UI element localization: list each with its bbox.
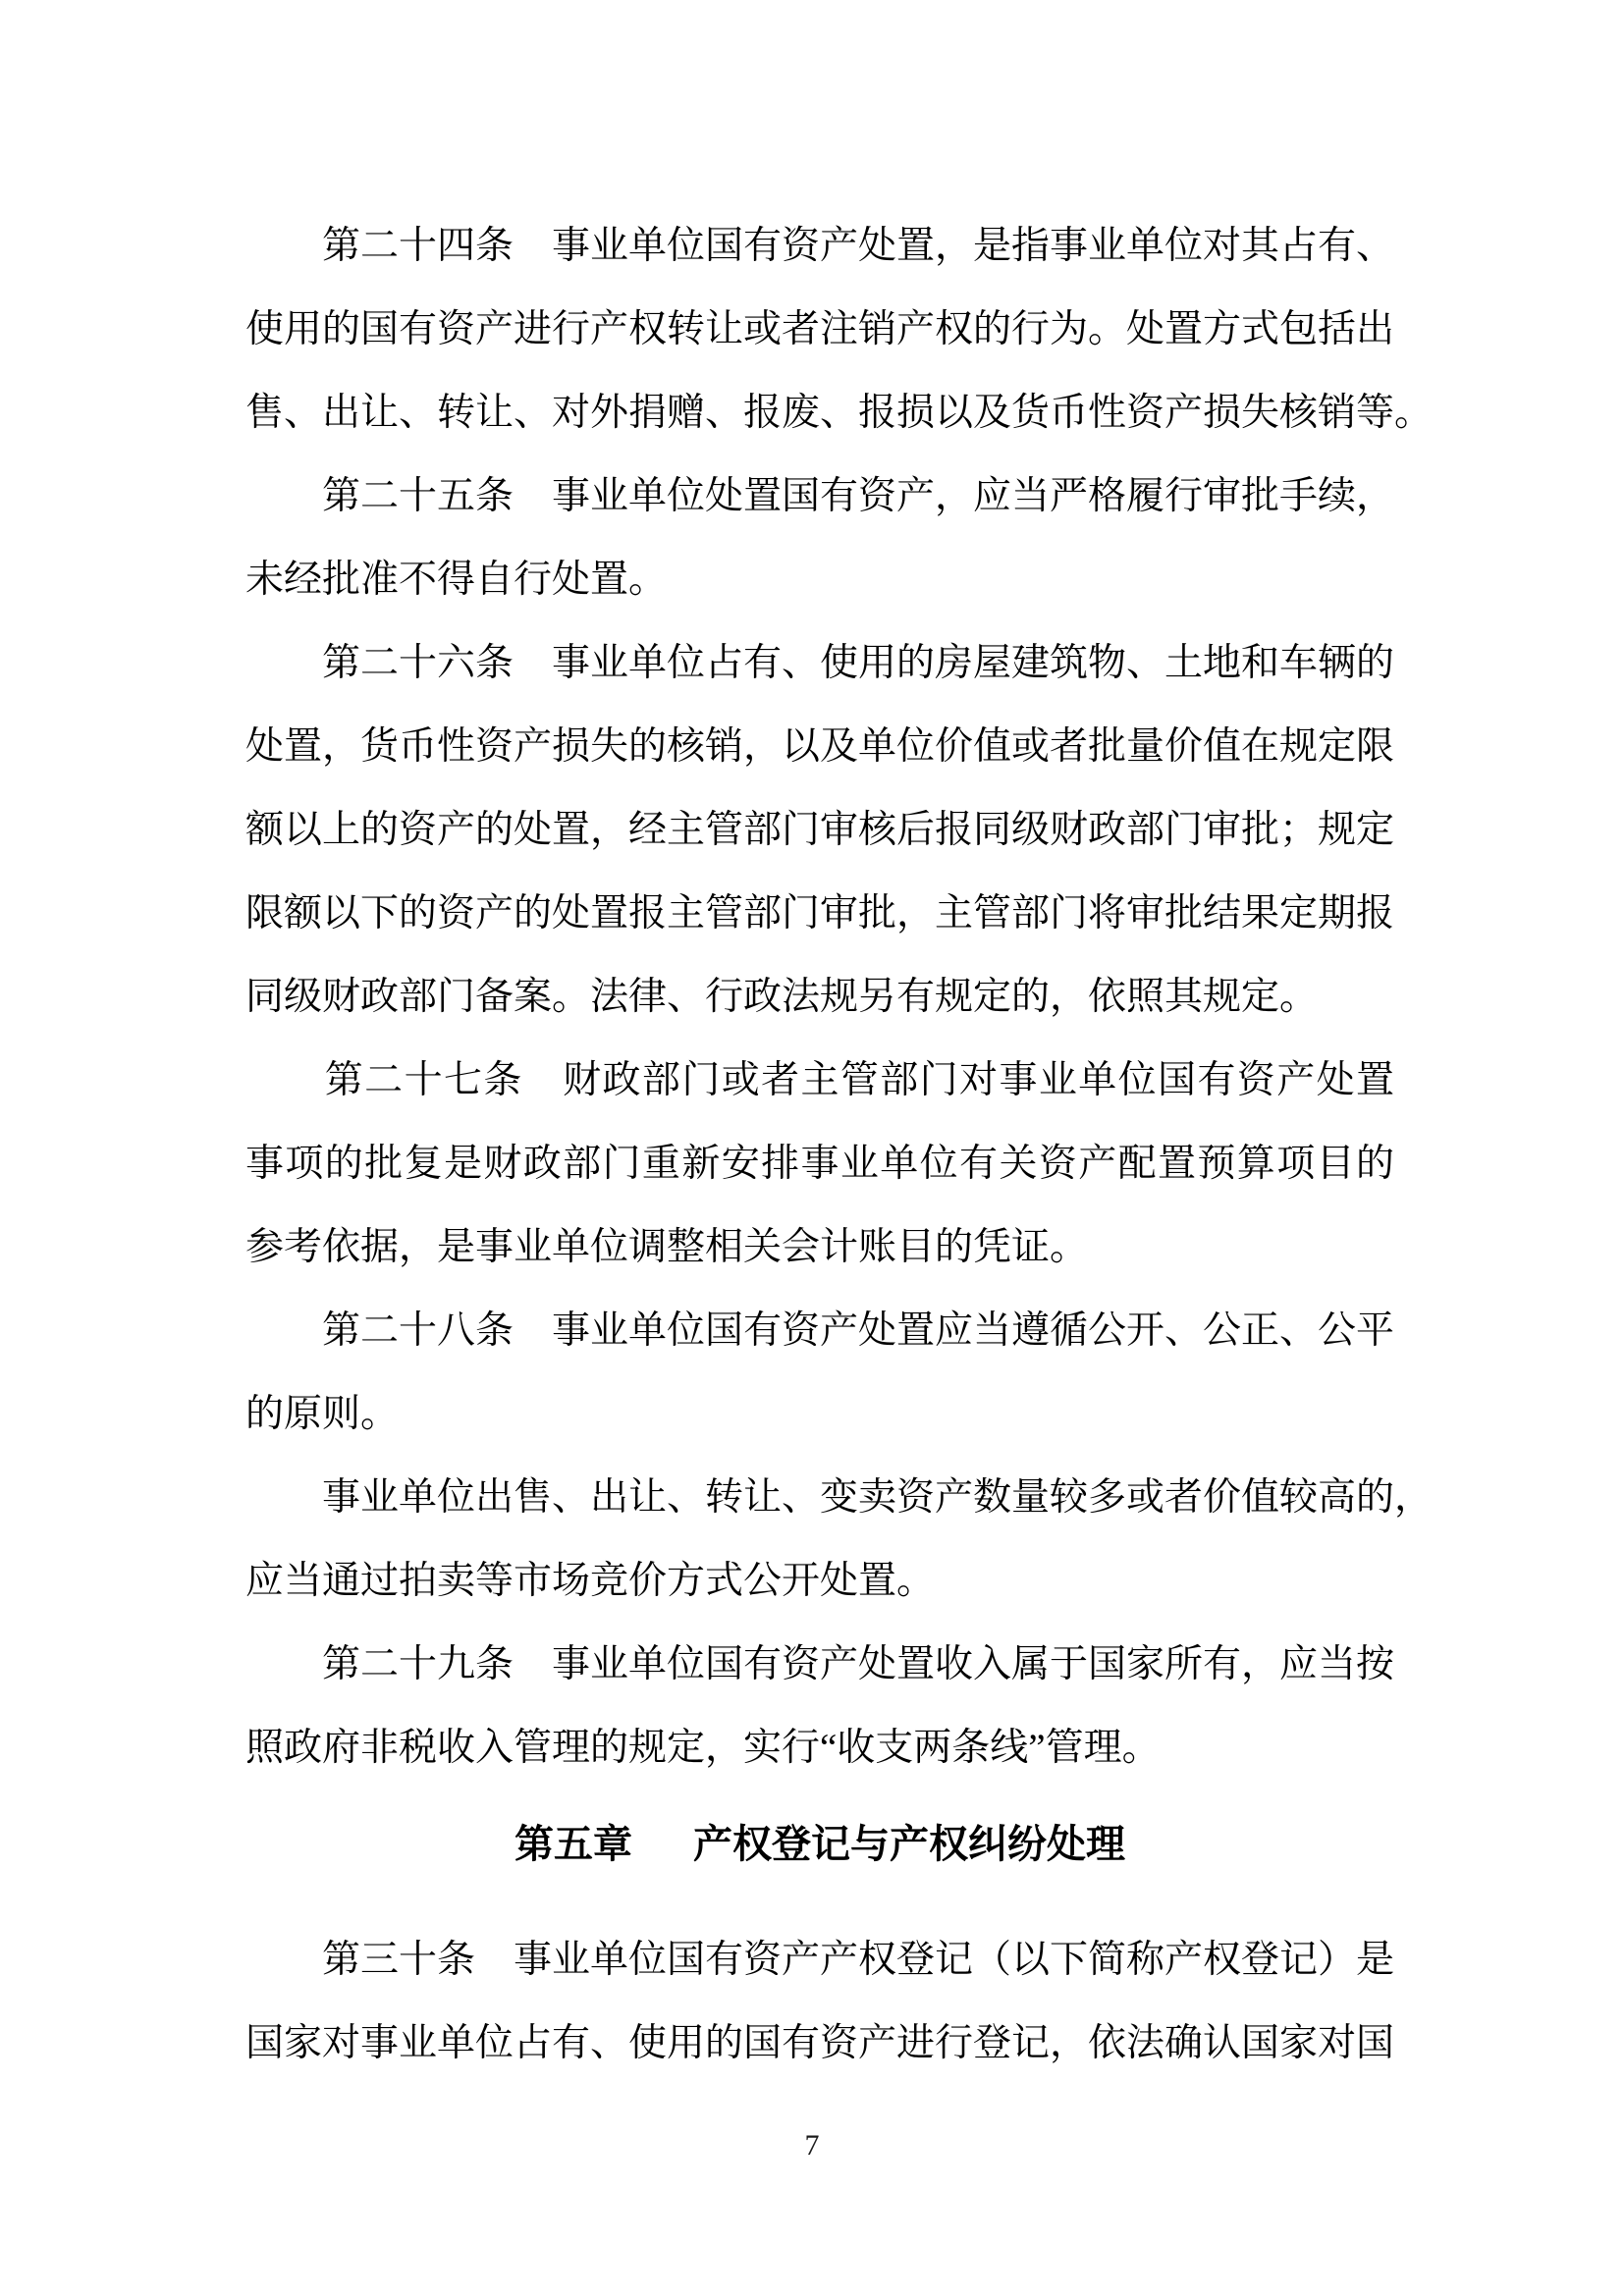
body-line: 第二十六条 事业单位占有、使用的房屋建筑物、土地和车辆的 xyxy=(245,621,1394,705)
body-line: 限额以下的资产的处置报主管部门审批，主管部门将审批结果定期报 xyxy=(245,872,1394,955)
body-line: 处置，货币性资产损失的核销，以及单位价值或者批量价值在规定限 xyxy=(245,705,1394,788)
body-line: 使用的国有资产进行产权转让或者注销产权的行为。处置方式包括出 xyxy=(245,288,1394,371)
body-line: 第二十八条 事业单位国有资产处置应当遵循公开、公正、公平 xyxy=(245,1289,1394,1372)
body-line: 同级财政部门备案。法律、行政法规另有规定的，依照其规定。 xyxy=(245,955,1394,1039)
chapter-title: 产权登记与产权纠纷处理 xyxy=(693,1823,1125,1866)
body-line: 应当通过拍卖等市场竞价方式公开处置。 xyxy=(245,1539,1394,1623)
body-line: 第二十七条 财政部门或者主管部门对事业单位国有资产处置 xyxy=(245,1039,1394,1122)
body-line: 照政府非税收入管理的规定，实行“收支两条线”管理。 xyxy=(245,1706,1394,1789)
body-line: 第二十九条 事业单位国有资产处置收入属于国家所有，应当按 xyxy=(245,1623,1394,1706)
text-block: 第二十四条 事业单位国有资产处置，是指事业单位对其占有、 使用的国有资产进行产权… xyxy=(245,204,1394,2085)
body-line: 未经批准不得自行处置。 xyxy=(245,538,1394,621)
post-chapter-paragraph: 第三十条 事业单位国有资产产权登记（以下简称产权登记）是 国家对事业单位占有、使… xyxy=(245,1918,1394,2085)
body-line: 第三十条 事业单位国有资产产权登记（以下简称产权登记）是 xyxy=(245,1918,1394,2002)
body-line: 的原则。 xyxy=(245,1372,1394,1456)
chapter-heading: 第五章产权登记与产权纠纷处理 xyxy=(245,1803,1394,1887)
body-line: 国家对事业单位占有、使用的国有资产进行登记，依法确认国家对国 xyxy=(245,2002,1394,2085)
body-line: 售、出让、转让、对外捐赠、报废、报损以及货币性资产损失核销等。 xyxy=(245,371,1394,454)
body-line: 第二十四条 事业单位国有资产处置，是指事业单位对其占有、 xyxy=(245,204,1394,288)
body-line: 额以上的资产的处置，经主管部门审核后报同级财政部门审批；规定 xyxy=(245,788,1394,872)
chapter-number: 第五章 xyxy=(514,1823,632,1866)
body-line: 事业单位出售、出让、转让、变卖资产数量较多或者价值较高的， xyxy=(245,1456,1394,1539)
body-line: 参考依据，是事业单位调整相关会计账目的凭证。 xyxy=(245,1205,1394,1289)
document-page: 第二十四条 事业单位国有资产处置，是指事业单位对其占有、 使用的国有资产进行产权… xyxy=(0,0,1624,2296)
page-number: 7 xyxy=(0,2128,1624,2163)
body-line: 第二十五条 事业单位处置国有资产，应当严格履行审批手续， xyxy=(245,454,1394,538)
body-line: 事项的批复是财政部门重新安排事业单位有关资产配置预算项目的 xyxy=(245,1122,1394,1205)
